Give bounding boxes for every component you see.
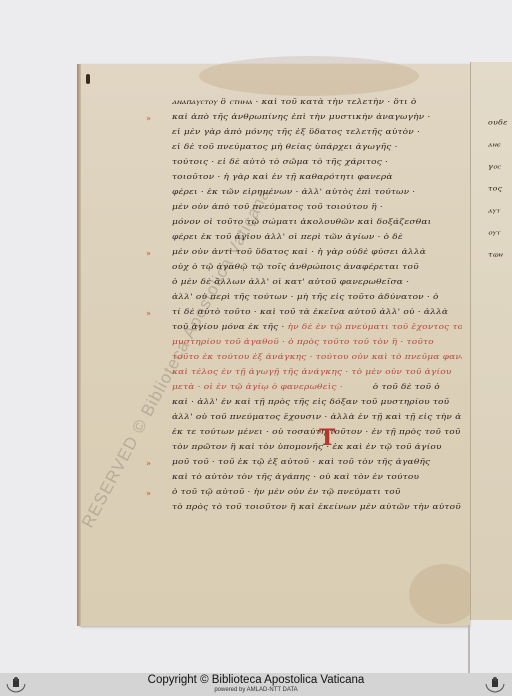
manuscript-line: μὲν οὖν ἀντὶ τοῦ ὕδατος καὶ · ἡ γὰρ οὐδὲ… bbox=[172, 248, 462, 261]
manuscript-text-right: ουδεⲁⲛⲉγⲟⲥτοςⲁⲩⲧⲟⲩⲧτⲱⲛ bbox=[488, 117, 512, 271]
margin-marker: » bbox=[146, 249, 151, 258]
manuscript-line: ἀλλ' οὐ τοῦ πνεύματος ἔχουσιν · ἀλλὰ ἐν … bbox=[172, 413, 462, 426]
manuscript-line: τούτοις · εἰ δὲ αὐτὸ τὸ σῶμα τὸ τῆς χάρι… bbox=[172, 158, 462, 171]
manuscript-line: φέρει ἐκ τοῦ ἁγίου ἀλλ' οἱ περὶ τῶν ἁγίω… bbox=[172, 233, 462, 246]
manuscript-line: εἰ μὲν γὰρ ἀπὸ μόνης τῆς ἐξ ὕδατος τελετ… bbox=[172, 128, 462, 141]
manuscript-line: τὸ πρὸς τὸ τοῦ τοιοῦτον ἢ καὶ ἐκείνων μὲ… bbox=[172, 503, 462, 516]
manuscript-line: τοιοῦτον · ἡ γὰρ καὶ ἐν τῇ καθαρότητι φα… bbox=[172, 173, 462, 186]
manuscript-line: τⲱⲛ bbox=[488, 251, 512, 270]
manuscript-line: ὁ μὲν δὲ ἄλλων ἀλλ' οἱ κατ' αὐτοῦ φανερω… bbox=[172, 278, 462, 291]
manuscript-viewer[interactable]: RESERVED © Biblioteca Apostolica Vatican… bbox=[0, 0, 512, 673]
manuscript-line: μυστηρίου τοῦ ἀγαθοῦ · ὁ πρὸς τοῦτο τοῦ … bbox=[172, 338, 462, 351]
vatican-seal-icon bbox=[483, 676, 507, 694]
powered-by-text: powered by AMLAD-NTT DATA bbox=[0, 687, 512, 693]
manuscript-line: τοῦ ἁγίου μόνα ἐκ τῆς · ἡν δὲ ἐν τῷ πνεύ… bbox=[172, 323, 462, 336]
margin-marker: » bbox=[146, 489, 151, 498]
manuscript-line: καὶ · ἀλλ' ἐν καὶ τῇ πρὸς τῆς εἰς δόξαν … bbox=[172, 398, 462, 411]
manuscript-line: ἐκ τε τούτων μένει · οὐ τοσαύτη τοῦτον ·… bbox=[172, 428, 462, 441]
manuscript-line: ⲁⲛⲉ bbox=[488, 141, 512, 160]
manuscript-line: καὶ τὸ αὐτὸν τὸν τῆς ἀγάπης · οὐ καὶ τὸν… bbox=[172, 473, 462, 486]
manuscript-line: εἰ δὲ τοῦ πνεύματος μὴ θείας ὑπάρχει ἀγω… bbox=[172, 143, 462, 156]
margin-marker: » bbox=[146, 459, 151, 468]
margin-marker: » bbox=[146, 309, 151, 318]
manuscript-line: τος bbox=[488, 185, 512, 204]
manuscript-line: μόνον οἷ τοῦτο τῷ σώματι ἀκολουθῶν καὶ δ… bbox=[172, 218, 462, 231]
spine-shadow bbox=[468, 625, 470, 673]
manuscript-line: φέρει · ἐκ τῶν εἰρημένων · ἀλλ' αὐτὸς ἐπ… bbox=[172, 188, 462, 201]
copyright-text: Copyright © Biblioteca Apostolica Vatica… bbox=[0, 674, 512, 686]
manuscript-line: ὁ τοῦ τῷ αὐτοῦ · ἡν μὲν οὖν ἐν τῷ πνεύμα… bbox=[172, 488, 462, 501]
manuscript-line: οὐχ ὁ τῷ ἀγαθῷ τῷ τοῖς ἀνθρώποις ἀναφέρε… bbox=[172, 263, 462, 276]
manuscript-line: ⲁⲩⲧ bbox=[488, 207, 512, 226]
manuscript-line: μὲν οὖν ἀπὸ τοῦ πνεύματος τοῦ τοιούτου ἢ… bbox=[172, 203, 462, 216]
manuscript-line: ⲁⲛⲁⲡⲁⲩⲥⲧⲟⲩ ὃ ⲥⲧⲏⲙⲁ · καὶ τοῦ κατὰ τὴν τε… bbox=[172, 98, 462, 111]
stain bbox=[409, 564, 479, 624]
manuscript-line: ⲟⲩⲧ bbox=[488, 229, 512, 248]
stain bbox=[199, 56, 419, 96]
manuscript-line: τοῦτο ἐκ τούτου ἐξ ἀνάγκης · τούτου οὖν … bbox=[172, 353, 462, 366]
illuminated-initial: Τ bbox=[319, 425, 335, 451]
page-corner-mark bbox=[86, 74, 90, 84]
manuscript-line: τί δὲ αὐτὸ τοῦτο · καὶ τοῦ τὰ ἐκεῖνα αὐτ… bbox=[172, 308, 462, 321]
manuscript-line: ἀλλ' οὐ περὶ τῆς τούτων · μὴ τῆς εἰς τοῦ… bbox=[172, 293, 462, 306]
manuscript-line: τὸν πρῶτον ἢ καὶ τὸν ὑπομονῆς · ἐκ καὶ ἐ… bbox=[172, 443, 462, 456]
manuscript-line: καὶ τέλος ἐν τῇ ἀγωγῇ τῆς ἀνάγκης · τὸ μ… bbox=[172, 368, 462, 381]
manuscript-line: καὶ ἀπὸ τῆς ἀνθρωπίνης ἐπὶ τὴν μυστικὴν … bbox=[172, 113, 462, 126]
margin-marker: » bbox=[146, 114, 151, 123]
manuscript-line: μετὰ · οἱ ἐν τῷ ἀγίῳ ὁ φανερωθεὶς ·ὁ τοῦ… bbox=[172, 383, 462, 396]
manuscript-line: γⲟⲥ bbox=[488, 163, 512, 182]
footer-bar: Copyright © Biblioteca Apostolica Vatica… bbox=[0, 673, 512, 696]
manuscript-text: ⲁⲛⲁⲡⲁⲩⲥⲧⲟⲩ ὃ ⲥⲧⲏⲙⲁ · καὶ τοῦ κατὰ τὴν τε… bbox=[172, 97, 462, 517]
manuscript-line: μοῦ τοῦ · τοῦ ἐκ τῷ ἐξ αὐτοῦ · καὶ τοῦ τ… bbox=[172, 458, 462, 471]
manuscript-line: ουδε bbox=[488, 119, 512, 138]
